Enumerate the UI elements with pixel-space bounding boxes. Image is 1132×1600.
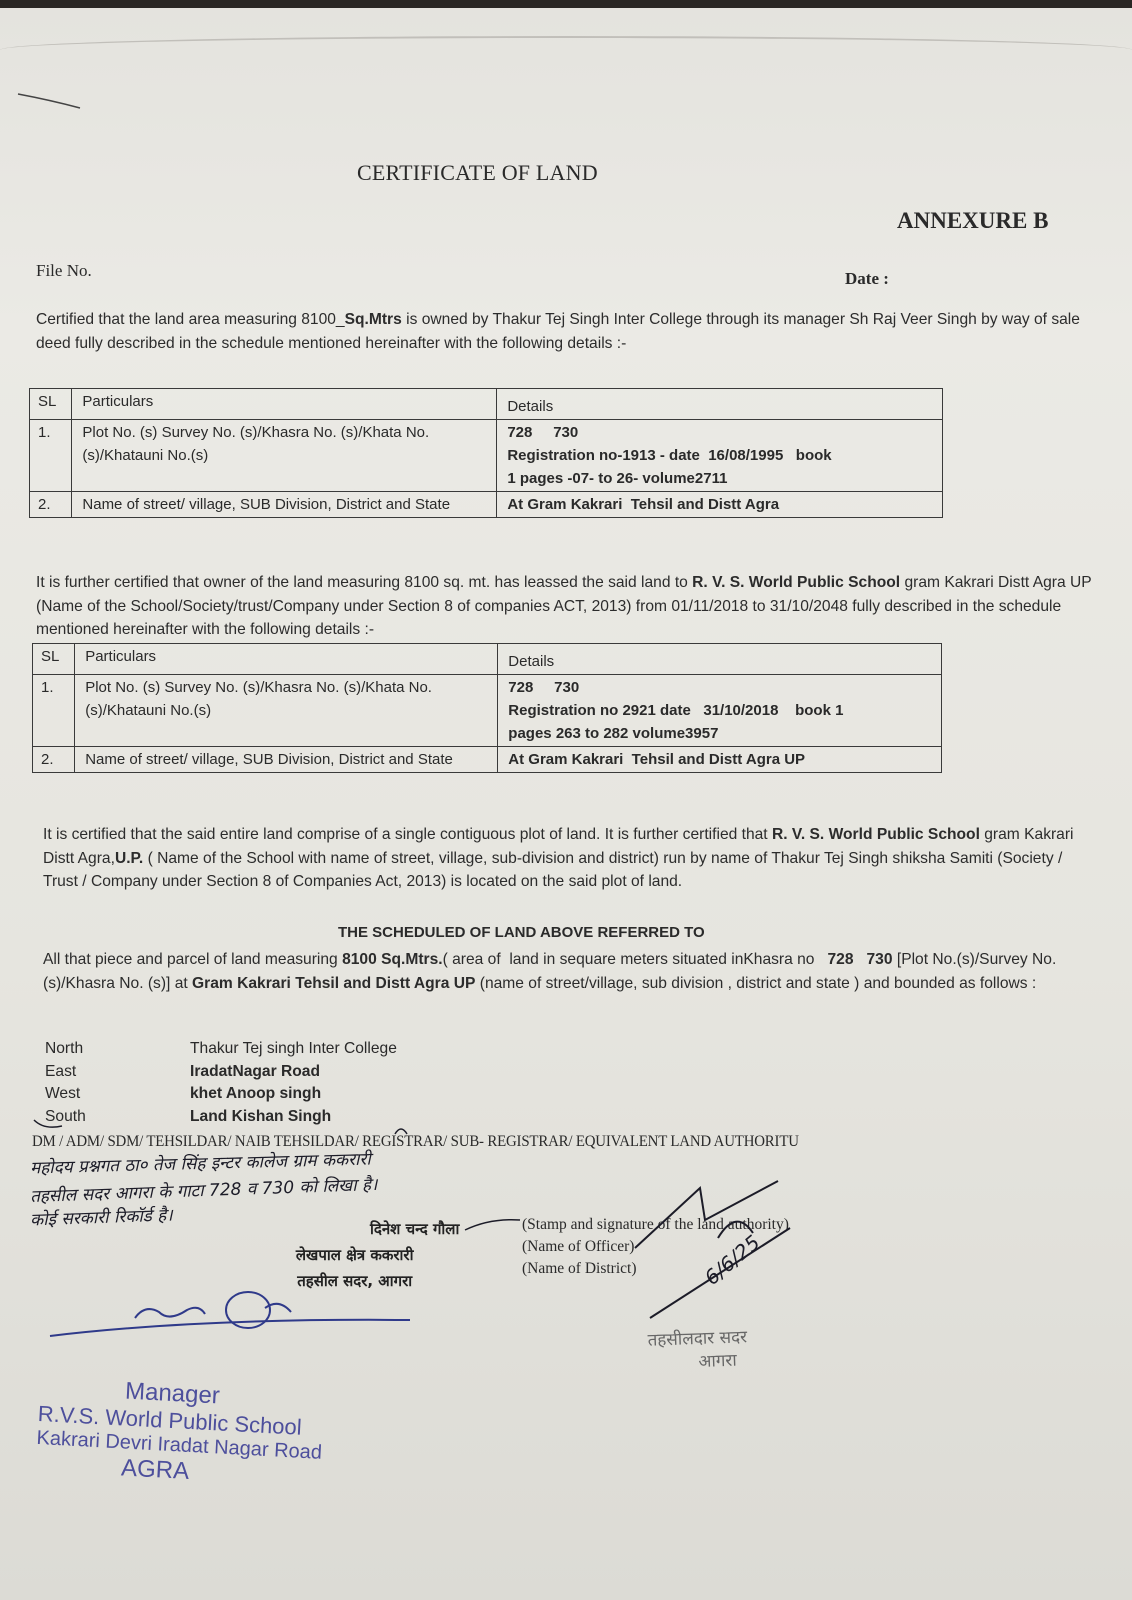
officer-office: तहसील सदर, आगरा [250,1268,459,1294]
row-details: At Gram Kakrari Tehsil and Distt Agra UP [498,747,942,773]
table-row: 1. Plot No. (s) Survey No. (s)/Khasra No… [30,420,943,492]
header-particulars: Particulars [75,644,498,675]
boundary-value: Thakur Tej singh Inter College [190,1038,397,1061]
authority-line: DM / ADM/ SDM/ TEHSILDAR/ NAIB TEHSILDAR… [32,1133,799,1151]
row-details: At Gram Kakrari Tehsil and Distt Agra [497,492,943,518]
plot-numbers: 728 730 [507,421,932,444]
text: It is further certified that owner of th… [36,574,692,591]
scan-mark-icon [18,94,80,108]
manager-signature-icon [50,1292,410,1336]
registration-pages: pages 263 to 282 volume3957 [508,722,931,745]
row-particulars: Name of street/ village, SUB Division, D… [72,492,497,518]
boundary-east: East IradatNagar Road [45,1061,397,1084]
text: All that piece and parcel of land measur… [43,951,342,968]
boundary-value: IradatNagar Road [190,1061,320,1084]
schedule-heading: THE SCHEDULED OF LAND ABOVE REFERRED TO [338,924,705,941]
row-sl: 2. [30,492,72,518]
schedule-paragraph: All that piece and parcel of land measur… [43,948,1083,995]
officer-name: दिनेश चन्द गौला [250,1216,459,1242]
row-details: 728 730 Registration no 2921 date 31/10/… [498,675,942,747]
annexure-label: ANNEXURE B [897,208,1048,234]
text: ( area of land in sequare meters situate… [443,951,828,968]
document-page: CERTIFICATE OF LAND ANNEXURE B File No. … [0,8,1132,1600]
row-particulars: Plot No. (s) Survey No. (s)/Khasra No. (… [72,420,497,492]
header-sl: SL [33,644,75,675]
boundary-west: West khet Anoop singh [45,1083,397,1106]
direction: East [45,1061,190,1084]
registration-pages: 1 pages -07- to 26- volume2711 [507,467,932,490]
state: U.P. [115,850,143,867]
table-row: 2. Name of street/ village, SUB Division… [30,492,943,518]
boundary-north: North Thakur Tej singh Inter College [45,1038,397,1061]
officer-stamp: दिनेश चन्द गौला लेखपाल क्षेत्र ककरारी तह… [250,1216,459,1294]
registration-info: Registration no 2921 date 31/10/2018 boo… [508,699,931,722]
khasra-numbers: 728 730 [827,951,892,968]
area: 8100 Sq.Mtrs. [342,951,443,968]
row-details: 728 730 Registration no-1913 - date 16/0… [497,420,943,492]
date-label: Date : [845,269,889,289]
text: Certified that the land area measuring 8… [36,311,345,328]
table-row: 1. Plot No. (s) Survey No. (s)/Khasra No… [33,675,942,747]
table-row: 2. Name of street/ village, SUB Division… [33,747,942,773]
school-name: R. V. S. World Public School [692,574,900,591]
document-title: CERTIFICATE OF LAND [357,160,598,186]
boundaries-list: North Thakur Tej singh Inter College Eas… [45,1038,397,1128]
row-particulars: Name of street/ village, SUB Division, D… [75,747,498,773]
boundary-south: South Land Kishan Singh [45,1106,397,1129]
officer-role: लेखपाल क्षेत्र ककरारी [250,1242,459,1268]
row-sl: 1. [33,675,75,747]
row-sl: 1. [30,420,72,492]
header-details: Details [498,644,942,675]
paper-fold [0,36,1132,62]
header-sl: SL [30,389,72,420]
direction: West [45,1083,190,1106]
ink-marks [0,8,1132,1600]
text: ( Name of the School with name of street… [43,850,1062,891]
header-particulars: Particulars [72,389,497,420]
contiguous-paragraph: It is certified that the said entire lan… [43,823,1083,894]
table-header-row: SL Particulars Details [30,389,943,420]
direction: North [45,1038,190,1061]
direction: South [45,1106,190,1129]
text: It is certified that the said entire lan… [43,826,772,843]
tehsildar-city: आगरा [648,1347,748,1373]
row-particulars: Plot No. (s) Survey No. (s)/Khasra No. (… [75,675,498,747]
lease-paragraph: It is further certified that owner of th… [36,571,1096,642]
boundary-value: Land Kishan Singh [190,1106,331,1129]
ownership-table: SL Particulars Details 1. Plot No. (s) S… [29,388,943,518]
ownership-paragraph: Certified that the land area measuring 8… [36,308,1106,355]
handwritten-note-line: कोई सरकारी रिकॉर्ड है। [30,1203,173,1231]
registration-info: Registration no-1913 - date 16/08/1995 b… [507,444,932,467]
area-unit: Sq.Mtrs [345,311,402,328]
plot-numbers: 728 730 [508,676,931,699]
text: (name of street/village, sub division , … [475,975,1036,992]
school-name: R. V. S. World Public School [772,826,980,843]
boundary-value: khet Anoop singh [190,1083,321,1106]
header-details: Details [497,389,943,420]
tehsildar-stamp: तहसीलदार सदर आगरा [647,1324,748,1373]
file-no-label: File No. [36,261,92,281]
lease-table: SL Particulars Details 1. Plot No. (s) S… [32,643,942,773]
handwritten-note-line: तहसील सदर आगरा के गाटा 728 व 730 को लिखा… [30,1172,378,1207]
row-sl: 2. [33,747,75,773]
location: Gram Kakrari Tehsil and Distt Agra UP [192,975,475,992]
manager-stamp: Manager R.V.S. World Public School Kakra… [35,1373,326,1493]
table-header-row: SL Particulars Details [33,644,942,675]
